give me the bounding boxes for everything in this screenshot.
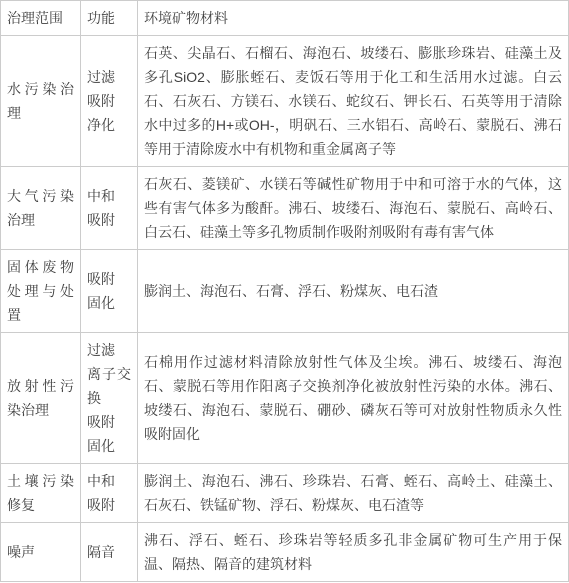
table-row-water-pollution: 水污染治理 过滤 吸附 净化 石英、尖晶石、石榴石、海泡石、坡缕石、膨胀珍珠岩、… bbox=[1, 36, 569, 167]
page-container: 治理范围 功能 环境矿物材料 水污染治理 过滤 吸附 净化 石英、尖晶石、石榴石… bbox=[0, 0, 569, 583]
function-cell: 中和 吸附 bbox=[81, 464, 138, 523]
table-row-air-pollution: 大气污染治理 中和 吸附 石灰石、菱镁矿、水镁石等碱性矿物用于中和可溶于水的气体… bbox=[1, 167, 569, 250]
scope-cell: 噪声 bbox=[1, 523, 81, 582]
header-cell-material: 环境矿物材料 bbox=[138, 1, 569, 36]
scope-cell: 土壤污染修复 bbox=[1, 464, 81, 523]
material-cell: 膨润土、海泡石、沸石、珍珠岩、石膏、蛭石、高岭土、硅藻土、石灰石、铁锰矿物、浮石… bbox=[138, 464, 569, 523]
function-cell: 吸附 固化 bbox=[81, 250, 138, 333]
mineral-materials-table: 治理范围 功能 环境矿物材料 水污染治理 过滤 吸附 净化 石英、尖晶石、石榴石… bbox=[0, 0, 569, 582]
function-cell: 过滤 吸附 净化 bbox=[81, 36, 138, 167]
table-row-soil-remediation: 土壤污染修复 中和 吸附 膨润土、海泡石、沸石、珍珠岩、石膏、蛭石、高岭土、硅藻… bbox=[1, 464, 569, 523]
function-cell: 中和 吸附 bbox=[81, 167, 138, 250]
material-cell: 膨润土、海泡石、石膏、浮石、粉煤灰、电石渣 bbox=[138, 250, 569, 333]
material-cell: 石英、尖晶石、石榴石、海泡石、坡缕石、膨胀珍珠岩、硅藻土及多孔SiO2、膨胀蛭石… bbox=[138, 36, 569, 167]
header-cell-function: 功能 bbox=[81, 1, 138, 36]
header-cell-scope: 治理范围 bbox=[1, 1, 81, 36]
material-cell: 石棉用作过滤材料清除放射性气体及尘埃。沸石、坡缕石、海泡石、蒙脱石等用作阳离子交… bbox=[138, 333, 569, 464]
table-row-noise: 噪声 隔音 沸石、浮石、蛭石、珍珠岩等轻质多孔非金属矿物可生产用于保温、隔热、隔… bbox=[1, 523, 569, 582]
header-row: 治理范围 功能 环境矿物材料 bbox=[1, 1, 569, 36]
function-cell: 隔音 bbox=[81, 523, 138, 582]
material-cell: 石灰石、菱镁矿、水镁石等碱性矿物用于中和可溶于水的气体，这些有害气体多为酸酐。沸… bbox=[138, 167, 569, 250]
table-row-solid-waste: 固体废物处理与处置 吸附 固化 膨润土、海泡石、石膏、浮石、粉煤灰、电石渣 bbox=[1, 250, 569, 333]
scope-cell: 大气污染治理 bbox=[1, 167, 81, 250]
function-cell: 过滤 离子交换 吸附 固化 bbox=[81, 333, 138, 464]
material-cell: 沸石、浮石、蛭石、珍珠岩等轻质多孔非金属矿物可生产用于保温、隔热、隔音的建筑材料 bbox=[138, 523, 569, 582]
table-row-radioactive-pollution: 放射性污染治理 过滤 离子交换 吸附 固化 石棉用作过滤材料清除放射性气体及尘埃… bbox=[1, 333, 569, 464]
scope-cell: 固体废物处理与处置 bbox=[1, 250, 81, 333]
scope-cell: 水污染治理 bbox=[1, 36, 81, 167]
scope-cell: 放射性污染治理 bbox=[1, 333, 81, 464]
